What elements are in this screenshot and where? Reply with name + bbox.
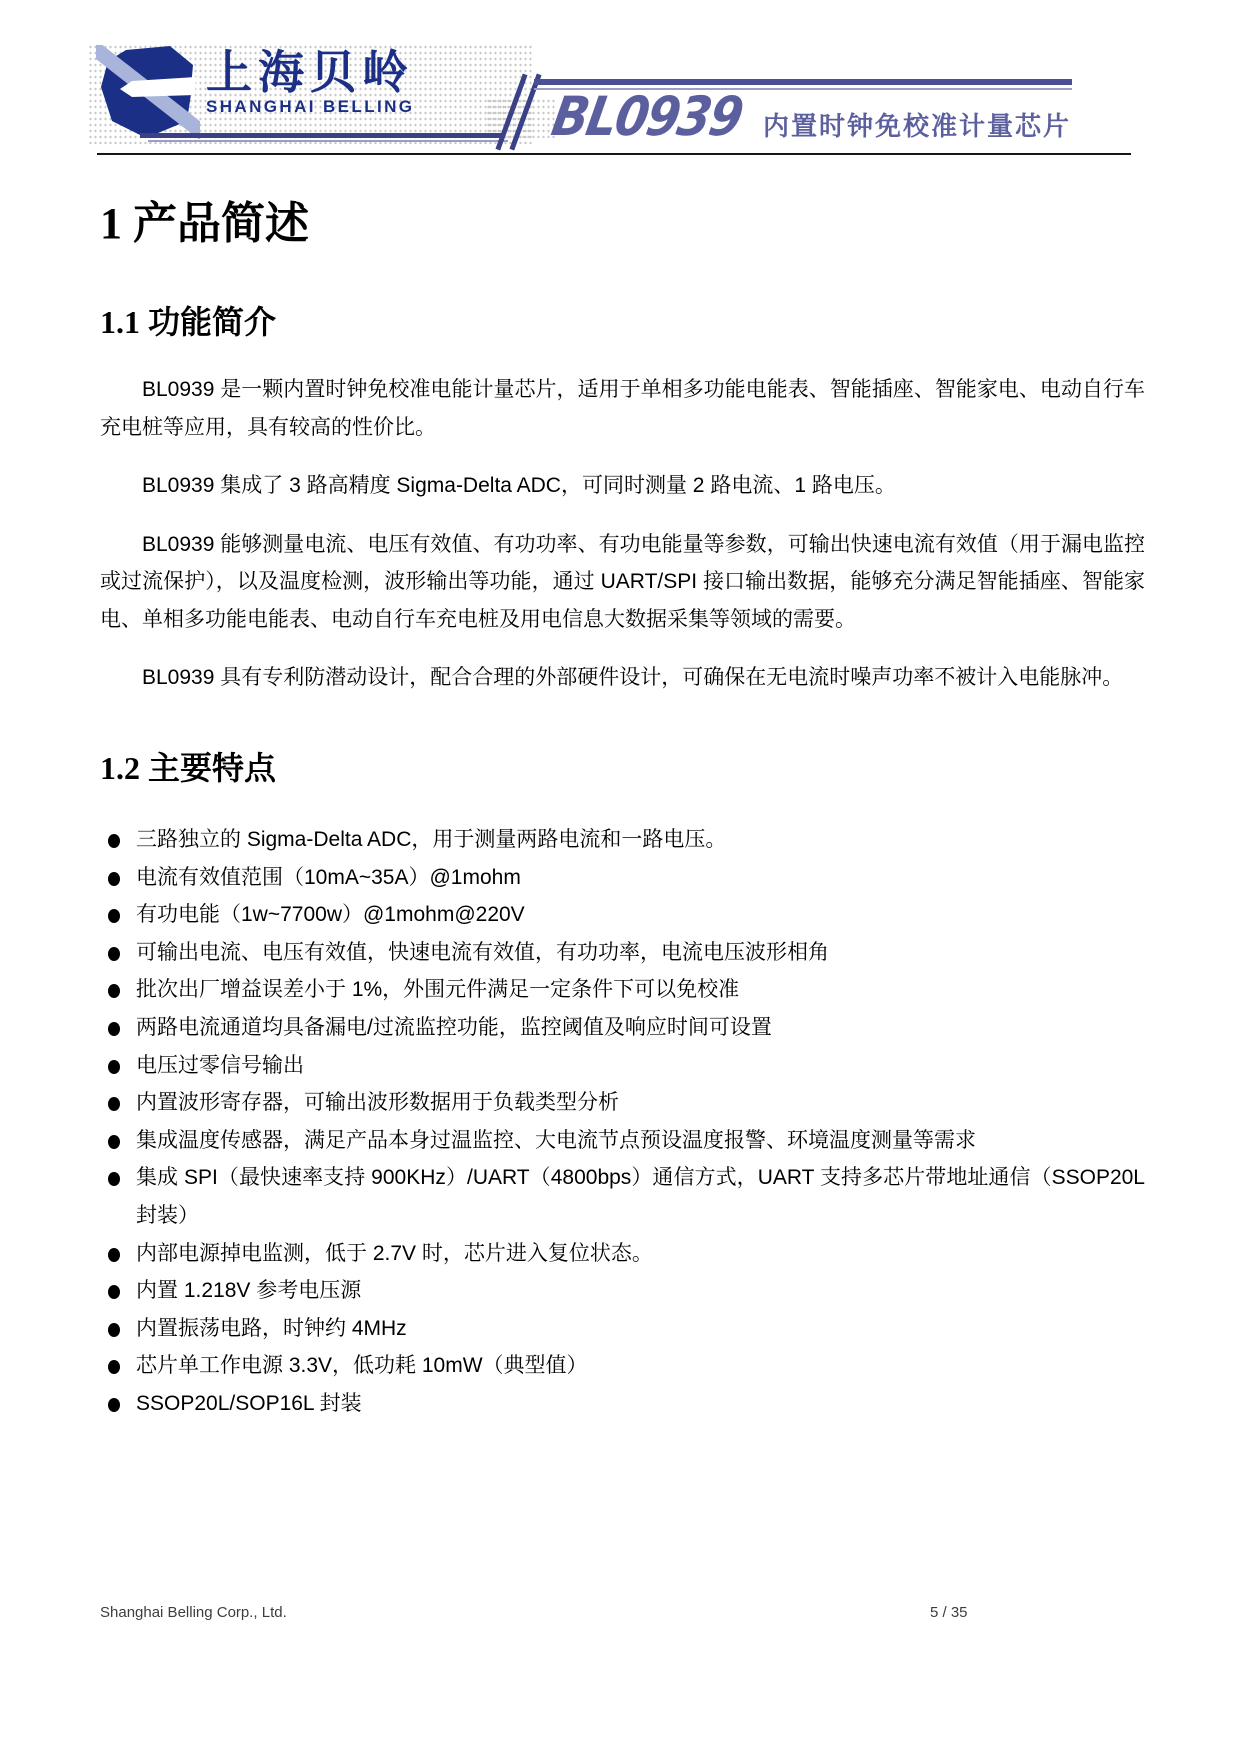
bullet-icon xyxy=(108,834,120,848)
bullet-icon xyxy=(108,984,120,998)
company-logo: 上海贝岭 SHANGHAI BELLING xyxy=(206,48,414,117)
feature-item: 批次出厂增益误差小于 1%，外围元件满足一定条件下可以免校准 xyxy=(100,971,1145,1009)
feature-item: 两路电流通道均具备漏电/过流监控功能，监控阈值及响应时间可设置 xyxy=(100,1009,1145,1047)
header-divider xyxy=(148,140,508,142)
bullet-icon xyxy=(108,1398,120,1412)
bullet-icon xyxy=(108,872,120,886)
feature-text: 集成 SPI（最快速率支持 900KHz）/UART（4800bps）通信方式，… xyxy=(136,1166,1145,1227)
header-divider xyxy=(140,133,503,138)
feature-text: 有功电能（1w~7700w）@1mohm@220V xyxy=(136,903,525,926)
document-body: 1 产品简述 1.1 功能简介 BL0939 是一颗内置时钟免校准电能计量芯片，… xyxy=(0,162,1240,1423)
page-header: 上海贝岭 SHANGHAI BELLING BL0939 内置时钟免校准计量芯片 xyxy=(0,0,1240,162)
company-name-en: SHANGHAI BELLING xyxy=(206,97,414,117)
feature-text: 内置振荡电路，时钟约 4MHz xyxy=(136,1317,407,1340)
bullet-icon xyxy=(108,947,120,961)
feature-text: 集成温度传感器，满足产品本身过温监控、大电流节点预设温度报警、环境温度测量等需求 xyxy=(136,1129,976,1152)
feature-item: 芯片单工作电源 3.3V，低功耗 10mW（典型值） xyxy=(100,1347,1145,1385)
feature-text: 内置波形寄存器，可输出波形数据用于负载类型分析 xyxy=(136,1091,619,1114)
feature-item: 内置波形寄存器，可输出波形数据用于负载类型分析 xyxy=(100,1084,1145,1122)
document-page: 上海贝岭 SHANGHAI BELLING BL0939 内置时钟免校准计量芯片… xyxy=(0,0,1240,1754)
bullet-icon xyxy=(108,1248,120,1262)
feature-item: 电流有效值范围（10mA~35A）@1mohm xyxy=(100,859,1145,897)
bullet-icon xyxy=(108,1323,120,1337)
feature-item: 集成 SPI（最快速率支持 900KHz）/UART（4800bps）通信方式，… xyxy=(100,1159,1145,1234)
feature-item: SSOP20L/SOP16L 封装 xyxy=(100,1385,1145,1423)
section-heading-1: 1 产品简述 xyxy=(100,198,1145,251)
part-number: BL0939 xyxy=(548,90,746,144)
section-heading-1-2: 1.2 主要特点 xyxy=(100,749,1145,787)
bullet-icon xyxy=(108,1097,120,1111)
feature-text: 三路独立的 Sigma-Delta ADC，用于测量两路电流和一路电压。 xyxy=(136,828,726,851)
paragraph: BL0939 能够测量电流、电压有效值、有功功率、有功电能量等参数，可输出快速电… xyxy=(100,526,1145,639)
feature-item: 内置 1.218V 参考电压源 xyxy=(100,1272,1145,1310)
feature-text: SSOP20L/SOP16L 封装 xyxy=(136,1392,362,1415)
feature-text: 可输出电流、电压有效值，快速电流有效值，有功功率，电流电压波形相角 xyxy=(136,941,829,964)
section-heading-1-1: 1.1 功能简介 xyxy=(100,303,1145,341)
feature-item: 内置振荡电路，时钟约 4MHz xyxy=(100,1310,1145,1348)
paragraph: BL0939 是一颗内置时钟免校准电能计量芯片，适用于单相多功能电能表、智能插座… xyxy=(100,371,1145,446)
company-name-cn: 上海贝岭 xyxy=(206,48,414,96)
feature-text: 内置 1.218V 参考电压源 xyxy=(136,1279,361,1302)
bullet-icon xyxy=(108,1172,120,1186)
bullet-icon xyxy=(108,1360,120,1374)
feature-text: 批次出厂增益误差小于 1%，外围元件满足一定条件下可以免校准 xyxy=(136,978,739,1001)
paragraph: BL0939 具有专利防潜动设计，配合合理的外部硬件设计，可确保在无电流时噪声功… xyxy=(100,659,1145,697)
chip-subtitle: 内置时钟免校准计量芯片 xyxy=(763,106,1071,143)
feature-item: 集成温度传感器，满足产品本身过温监控、大电流节点预设温度报警、环境温度测量等需求 xyxy=(100,1122,1145,1160)
belling-logo-icon xyxy=(96,45,200,139)
feature-item: 电压过零信号输出 xyxy=(100,1047,1145,1085)
header-bottom-rule xyxy=(97,153,1131,155)
feature-text: 电流有效值范围（10mA~35A）@1mohm xyxy=(136,866,521,889)
feature-text: 两路电流通道均具备漏电/过流监控功能，监控阈值及响应时间可设置 xyxy=(136,1016,772,1039)
bullet-icon xyxy=(108,909,120,923)
feature-item: 可输出电流、电压有效值，快速电流有效值，有功功率，电流电压波形相角 xyxy=(100,934,1145,972)
feature-item: 三路独立的 Sigma-Delta ADC，用于测量两路电流和一路电压。 xyxy=(100,821,1145,859)
bullet-icon xyxy=(108,1022,120,1036)
feature-item: 内部电源掉电监测，低于 2.7V 时，芯片进入复位状态。 xyxy=(100,1235,1145,1273)
footer-company: Shanghai Belling Corp., Ltd. xyxy=(100,1604,287,1621)
feature-list: 三路独立的 Sigma-Delta ADC，用于测量两路电流和一路电压。电流有效… xyxy=(100,821,1145,1423)
bullet-icon xyxy=(108,1135,120,1149)
feature-item: 有功电能（1w~7700w）@1mohm@220V xyxy=(100,896,1145,934)
feature-text: 电压过零信号输出 xyxy=(136,1054,304,1077)
bullet-icon xyxy=(108,1285,120,1299)
feature-text: 芯片单工作电源 3.3V，低功耗 10mW（典型值） xyxy=(136,1354,588,1377)
bullet-icon xyxy=(108,1060,120,1074)
paragraph: BL0939 集成了 3 路高精度 Sigma-Delta ADC，可同时测量 … xyxy=(100,467,1145,505)
feature-text: 内部电源掉电监测，低于 2.7V 时，芯片进入复位状态。 xyxy=(136,1242,653,1265)
footer-page-number: 5 / 35 xyxy=(930,1604,968,1621)
